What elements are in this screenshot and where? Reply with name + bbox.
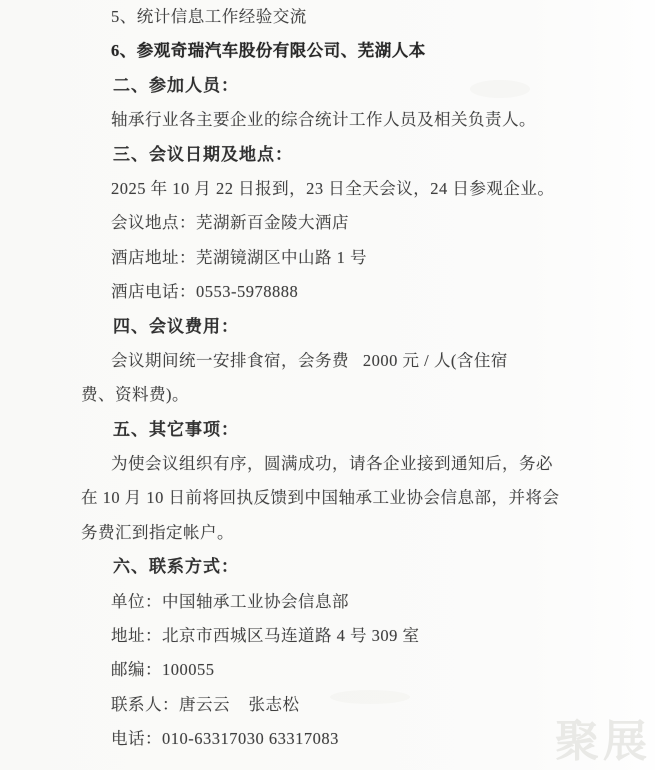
section-heading-date-location: 三、会议日期及地点： [80,138,655,172]
contact-postcode-text: 邮编：100055 [80,653,655,687]
participants-text: 轴承行业各主要企业的综合统计工作人员及相关负责人。 [80,103,655,137]
document-page: 5、统计信息工作经验交流 6、参观奇瑞汽车股份有限公司、芜湖人本 二、参加人员：… [0,0,655,770]
meeting-location-text: 会议地点：芜湖新百金陵大酒店 [80,206,655,240]
agenda-item-6: 6、参观奇瑞汽车股份有限公司、芜湖人本 [80,34,655,68]
contact-unit-text: 单位：中国轴承工业协会信息部 [80,585,655,619]
section-heading-participants: 二、参加人员： [80,69,655,103]
meeting-dates-text: 2025 年 10 月 22 日报到，23 日全天会议，24 日参观企业。 [80,172,655,206]
document-body: 5、统计信息工作经验交流 6、参观奇瑞汽车股份有限公司、芜湖人本 二、参加人员：… [0,0,655,757]
contact-address-text: 地址：北京市西城区马连道路 4 号 309 室 [80,619,655,653]
section-heading-other-matters: 五、其它事项： [80,413,655,447]
agenda-item-5: 5、统计信息工作经验交流 [80,0,655,34]
fees-text-line-1: 会议期间统一安排食宿，会务费 2000 元 / 人(含住宿 [80,344,655,378]
section-heading-fees: 四、会议费用： [80,310,655,344]
other-matters-line-1: 为使会议组织有序，圆满成功，请各企业接到通知后，务必 [80,447,655,481]
hotel-address-text: 酒店地址：芜湖镜湖区中山路 1 号 [80,241,655,275]
other-matters-line-3: 务费汇到指定帐户。 [80,516,655,550]
fees-text-line-2: 费、资料费)。 [80,378,655,412]
hotel-phone-text: 酒店电话：0553-5978888 [80,275,655,309]
other-matters-line-2: 在 10 月 10 日前将回执反馈到中国轴承工业协会信息部，并将会 [80,481,655,515]
juzhan-watermark: 聚展 [555,720,651,764]
section-heading-contact: 六、联系方式： [80,550,655,584]
